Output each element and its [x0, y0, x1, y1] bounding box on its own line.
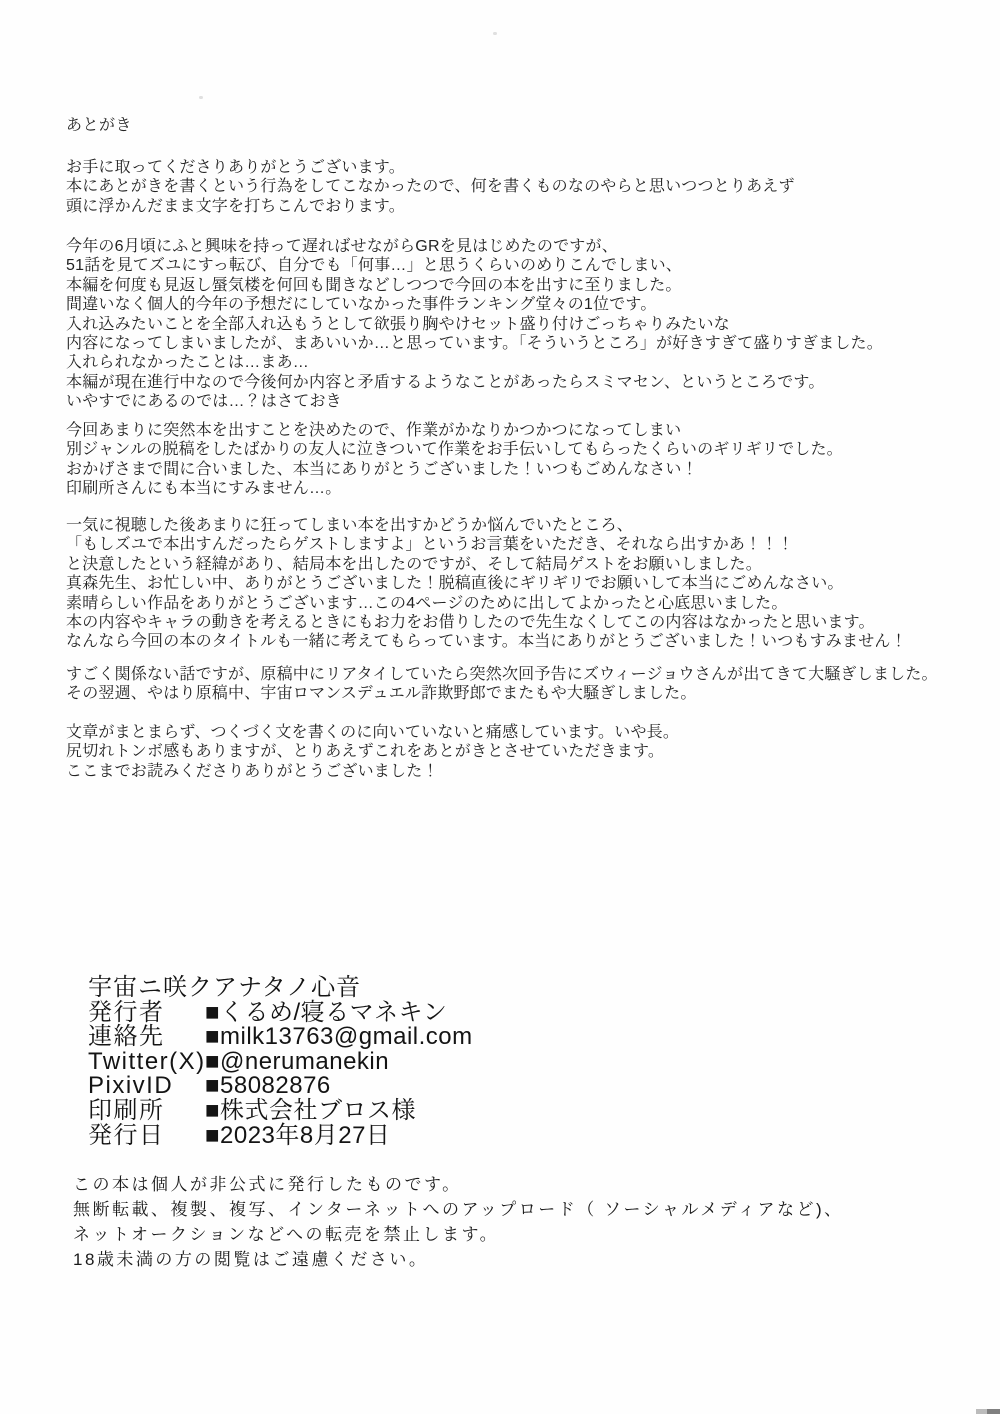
afterword-page: あとがき お手に取ってくださりありがとうございます。 本にあとがきを書くという行…	[0, 0, 1000, 1414]
colophon-label: PixivID	[88, 1074, 205, 1099]
scan-speck	[199, 96, 203, 99]
afterword-paragraph: 一気に視聴した後あまりに狂ってしまい本を出すかどうか悩んでいたところ、 「もしズ…	[66, 516, 907, 652]
colophon-value: ■58082876	[205, 1074, 331, 1099]
book-title: 宇宙ニ咲クアナタノ心音	[88, 976, 473, 1001]
afterword-paragraph: 今回あまりに突然本を出すことを決めたので、作業がかなりかつかつになってしまい 別…	[66, 421, 843, 499]
colophon-label: 発行者	[88, 1001, 205, 1026]
afterword-paragraph: 文章がまとまらず、つくづく文を書くのに向いていないと痛感しています。いや長。 尻…	[66, 723, 679, 781]
afterword-heading: あとがき	[66, 116, 132, 135]
colophon-row: Twitter(X) ■@nerumanekin	[88, 1050, 473, 1075]
colophon-row: 連絡先 ■milk13763@gmail.com	[88, 1025, 473, 1050]
colophon-label: 発行日	[88, 1124, 205, 1149]
colophon-label: Twitter(X)	[88, 1050, 205, 1075]
colophon-value: ■milk13763@gmail.com	[205, 1025, 473, 1050]
colophon-row: PixivID ■58082876	[88, 1074, 473, 1099]
colophon-value: ■@nerumanekin	[205, 1050, 389, 1075]
colophon: 宇宙ニ咲クアナタノ心音 発行者 ■くるめ/寝るマネキン 連絡先 ■milk137…	[88, 976, 473, 1148]
colophon-row: 発行者 ■くるめ/寝るマネキン	[88, 1001, 473, 1026]
colophon-value: ■くるめ/寝るマネキン	[205, 1001, 447, 1026]
afterword-paragraph: 今年の6月頃にふと興味を持って遅ればせながらGRを見はじめたのですが、 51話を…	[66, 237, 883, 412]
colophon-row: 発行日 ■2023年8月27日	[88, 1124, 473, 1149]
scan-smudge	[976, 1409, 1000, 1414]
disclaimer: この本は個人が非公式に発行したものです。 無断転載、複製、複写、インターネットへ…	[73, 1172, 844, 1272]
colophon-value: ■2023年8月27日	[205, 1124, 390, 1149]
afterword-paragraph: お手に取ってくださりありがとうございます。 本にあとがきを書くという行為をしてこ…	[66, 158, 795, 216]
colophon-label: 連絡先	[88, 1025, 205, 1050]
colophon-label: 印刷所	[88, 1099, 205, 1124]
colophon-value: ■株式会社ブロス様	[205, 1099, 416, 1124]
scan-speck	[493, 32, 497, 35]
colophon-row: 印刷所 ■株式会社ブロス様	[88, 1099, 473, 1124]
afterword-paragraph: すごく関係ない話ですが、原稿中にリアタイしていたら突然次回予告にズウィージョウさ…	[66, 665, 938, 704]
